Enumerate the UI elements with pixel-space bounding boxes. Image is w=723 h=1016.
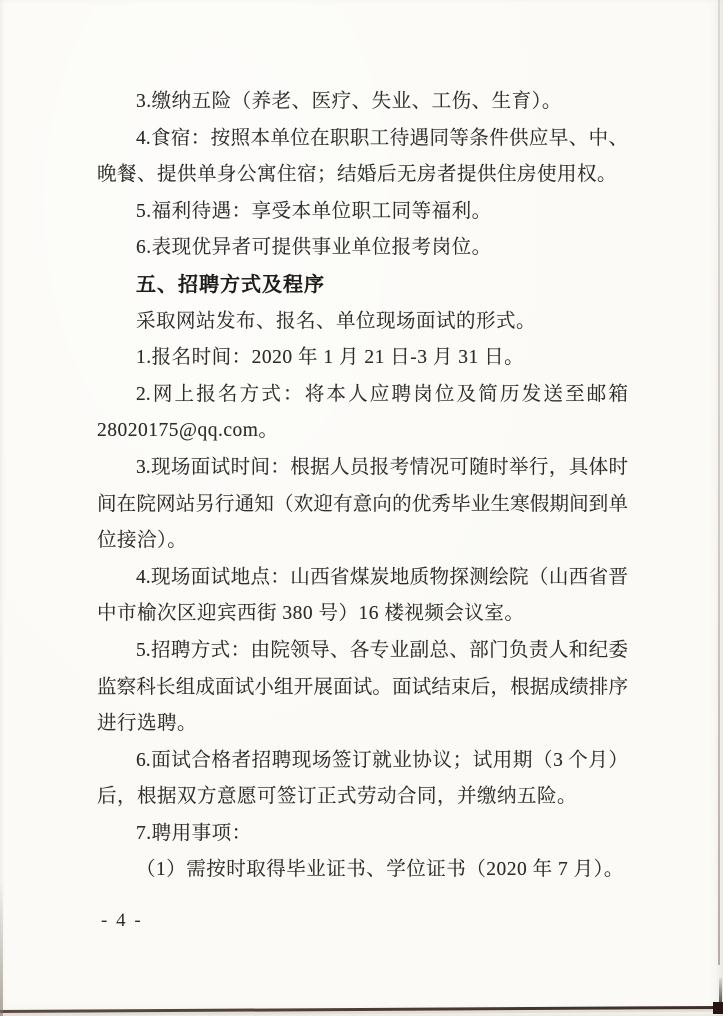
text-line: 6.表现优异者可提供事业单位报考岗位。 [97, 230, 628, 267]
text-line: 3.现场面试时间：根据人员报考情况可随时举行，具体时 [97, 450, 628, 487]
scan-corner-bottom-right [713, 1002, 723, 1014]
text-line: 中市榆次区迎宾西街 380 号）16 楼视频会议室。 [97, 596, 628, 633]
scanned-page: 3.缴纳五险（养老、医疗、失业、工伤、生育）。 4.食宿：按照本单位在职职工待遇… [0, 0, 723, 1016]
text-line: 进行选聘。 [97, 706, 628, 743]
text-line: 监察科长组成面试小组开展面试。面试结束后，根据成绩排序 [97, 670, 628, 707]
section-heading: 五、招聘方式及程序 [97, 267, 628, 304]
scan-edge-bottom [0, 1004, 723, 1016]
text-line: 1.报名时间：2020 年 1 月 21 日-3 月 31 日。 [97, 340, 628, 377]
text-line: 6.面试合格者招聘现场签订就业协议；试用期（3 个月） [97, 743, 628, 780]
email-text-line: 28020175@qq.com。 [97, 413, 628, 450]
text-line: 位接洽）。 [97, 523, 628, 560]
page-number: - 4 - [101, 910, 143, 932]
text-line: 4.食宿：按照本单位在职职工待遇同等条件供应早、中、 [97, 121, 628, 158]
text-line: 采取网站发布、报名、单位现场面试的形式。 [97, 304, 628, 341]
document-body: 3.缴纳五险（养老、医疗、失业、工伤、生育）。 4.食宿：按照本单位在职职工待遇… [97, 84, 628, 889]
scan-edge-left [0, 881, 3, 1016]
scan-edge-right [718, 0, 720, 965]
text-line: 间在院网站另行通知（欢迎有意向的优秀毕业生寒假期间到单 [97, 487, 628, 524]
text-line: 7.聘用事项： [97, 816, 628, 853]
text-line: 3.缴纳五险（养老、医疗、失业、工伤、生育）。 [97, 84, 628, 121]
text-line: （1）需按时取得毕业证书、学位证书（2020 年 7 月）。 [97, 852, 628, 889]
text-line: 4.现场面试地点：山西省煤炭地质物探测绘院（山西省晋 [97, 560, 628, 597]
text-line: 晚餐、提供单身公寓住宿；结婚后无房者提供住房使用权。 [97, 157, 628, 194]
text-line: 5.招聘方式：由院领导、各专业副总、部门负责人和纪委 [97, 633, 628, 670]
text-line: 后，根据双方意愿可签订正式劳动合同，并缴纳五险。 [97, 779, 628, 816]
text-line: 2.网上报名方式：将本人应聘岗位及简历发送至邮箱 [97, 377, 628, 414]
text-line: 5.福利待遇：享受本单位职工同等福利。 [97, 194, 628, 231]
